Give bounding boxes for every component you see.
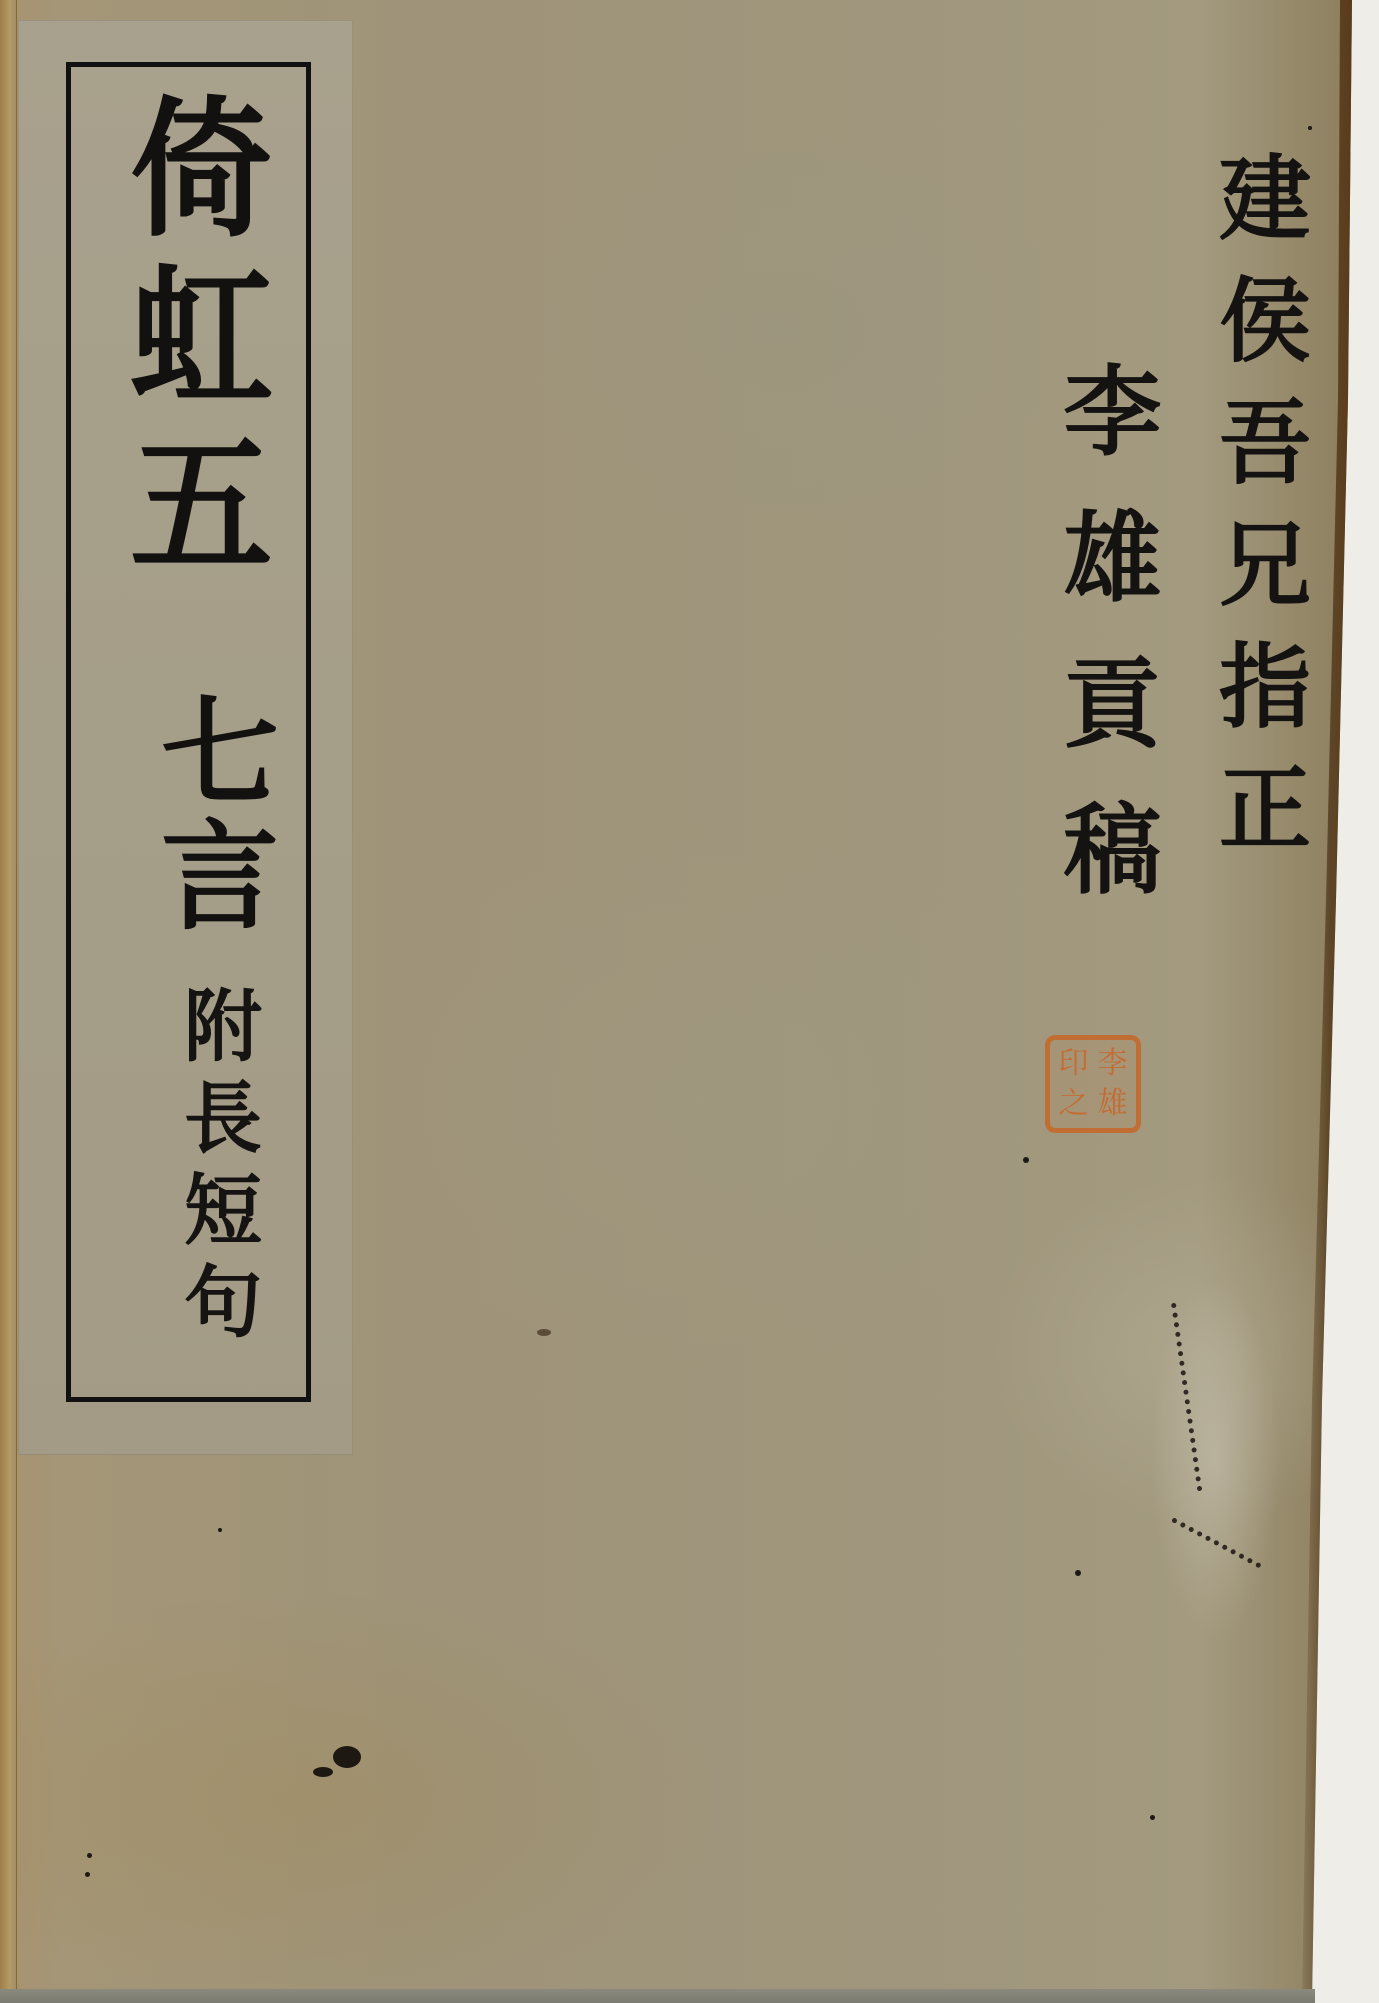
ink-speck	[87, 1853, 92, 1858]
author-signature: 李雄貢稿	[1055, 360, 1153, 944]
ink-stain	[333, 1746, 361, 1768]
ink-speck	[1150, 1815, 1155, 1820]
bottom-edge	[0, 1989, 1315, 2003]
seal-char: 印	[1054, 1044, 1093, 1084]
ink-speck	[1308, 126, 1312, 130]
ink-speck	[1075, 1570, 1081, 1576]
scan-canvas: 倚虹五 七言 附長短句 建侯吾兄指正 李雄貢稿 印 李 之 雄	[0, 0, 1379, 2003]
binding-fold	[0, 0, 17, 1990]
ink-speck	[85, 1872, 90, 1877]
red-seal-stamp: 印 李 之 雄	[1045, 1035, 1141, 1133]
seal-char: 雄	[1093, 1084, 1132, 1124]
ink-speck	[537, 1329, 551, 1336]
ink-speck	[218, 1528, 222, 1532]
book-title-appendix: 附長短句	[160, 985, 272, 1353]
seal-char: 李	[1093, 1044, 1132, 1084]
book-title-seven-yan: 七言	[125, 690, 295, 938]
ink-speck	[1023, 1157, 1029, 1163]
ink-stain	[313, 1767, 333, 1777]
seal-char: 之	[1054, 1084, 1093, 1124]
dedication-inscription: 建侯吾兄指正	[1212, 150, 1304, 882]
